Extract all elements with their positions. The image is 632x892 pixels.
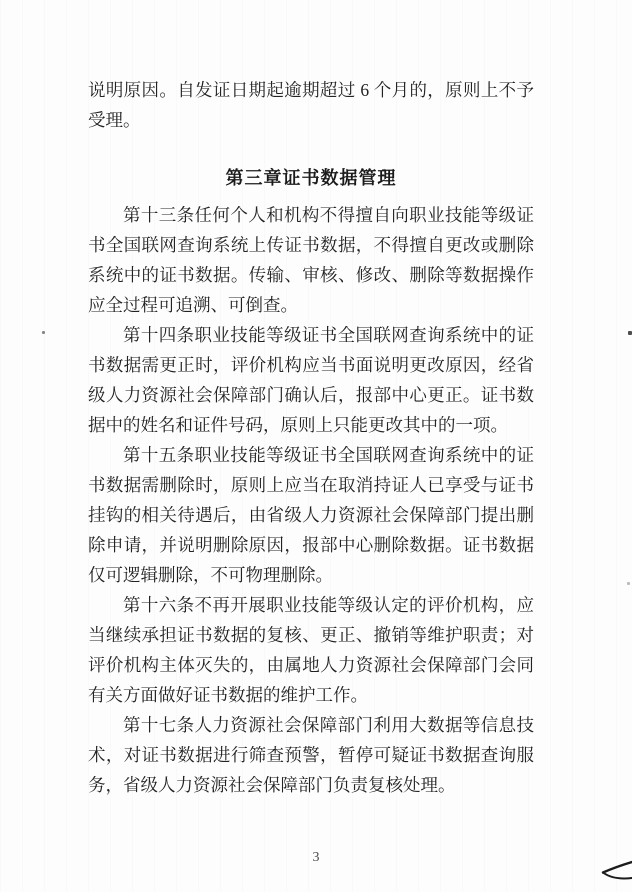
scan-speck-icon (628, 331, 632, 335)
scan-speck-icon (627, 582, 630, 585)
article-17-paragraph: 第十七条人力资源社会保障部门利用大数据等信息技术，对证书数据进行筛查预警，暂停可… (88, 710, 534, 800)
article-14-paragraph: 第十四条职业技能等级证书全国联网查询系统中的证书数据需更正时，评价机构应当书面说… (88, 320, 534, 440)
scan-speck-icon (42, 331, 45, 334)
pen-checkmark-icon (598, 856, 632, 890)
document-body: 说明原因。自发证日期起逾期超过 6 个月的，原则上不予受理。 第三章证书数据管理… (88, 75, 534, 800)
page-number: 3 (0, 850, 632, 866)
article-16-paragraph: 第十六条不再开展职业技能等级认定的评价机构，应当继续承担证书数据的复核、更正、撤… (88, 590, 534, 710)
article-15-paragraph: 第十五条职业技能等级证书全国联网查询系统中的证书数据需删除时，原则上应当在取消持… (88, 440, 534, 590)
continuation-paragraph: 说明原因。自发证日期起逾期超过 6 个月的，原则上不予受理。 (88, 75, 534, 135)
chapter-heading: 第三章证书数据管理 (88, 163, 534, 193)
article-13-paragraph: 第十三条任何个人和机构不得擅自向职业技能等级证书全国联网查询系统上传证书数据，不… (88, 200, 534, 320)
scanned-document-page: 说明原因。自发证日期起逾期超过 6 个月的，原则上不予受理。 第三章证书数据管理… (0, 0, 632, 892)
